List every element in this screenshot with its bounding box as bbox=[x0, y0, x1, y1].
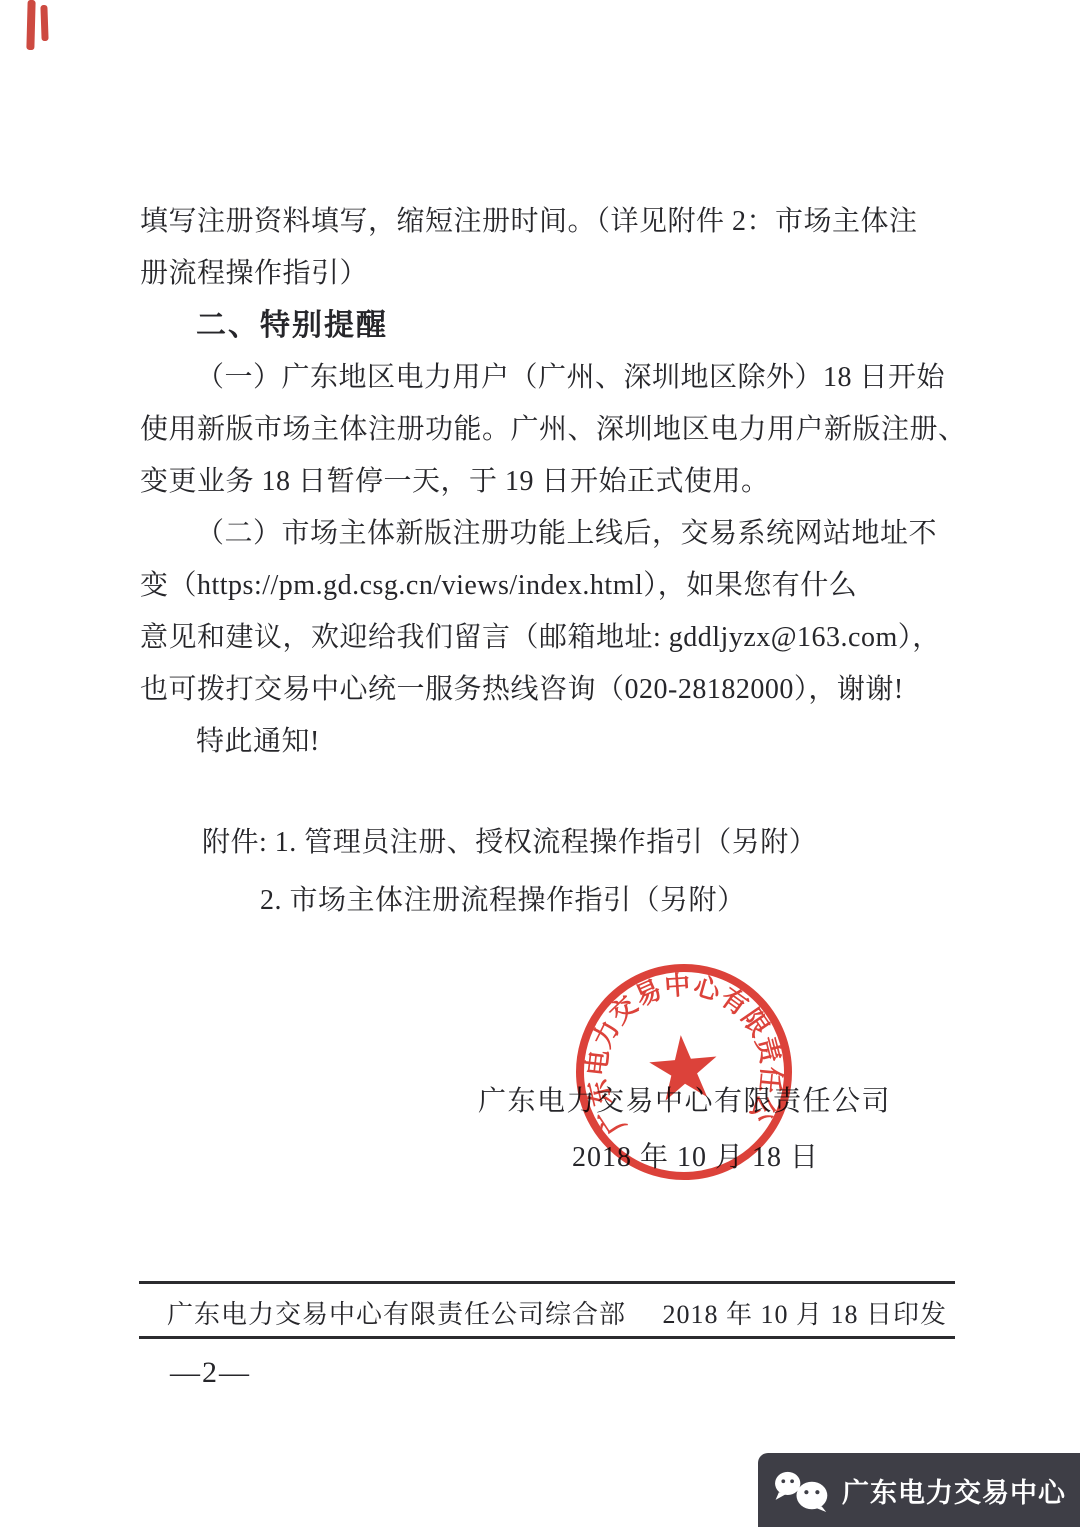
footer-issuer: 广东电力交易中心有限责任公司综合部 bbox=[139, 1294, 626, 1331]
official-seal: 广东电力交易中心有限责任公司 ★ bbox=[554, 937, 815, 1207]
body-line: （二）市场主体新版注册功能上线后，交易系统网站地址不 bbox=[140, 508, 976, 560]
document-page: 填写注册资料填写，缩短注册时间。（详见附件 2：市场主体注 册流程操作指引） 二… bbox=[0, 0, 1080, 1527]
attachment-item: 附件: 1. 管理员注册、授权流程操作指引（另附） bbox=[140, 814, 976, 872]
body-line: 册流程操作指引） bbox=[140, 248, 976, 300]
footer-colophon: 广东电力交易中心有限责任公司综合部 2018 年 10 月 18 日印发 bbox=[139, 1294, 955, 1331]
brand-bar-label: 广东电力交易中心 bbox=[842, 1471, 1066, 1510]
body-line: 使用新版市场主体注册功能。广州、深圳地区电力用户新版注册、 bbox=[140, 404, 976, 456]
body-text: 填写注册资料填写，缩短注册时间。（详见附件 2：市场主体注 册流程操作指引） 二… bbox=[140, 196, 976, 768]
body-line: 变（https://pm.gd.csg.cn/views/index.html）… bbox=[140, 560, 976, 612]
wechat-icon bbox=[771, 1468, 833, 1512]
footer-rule-bottom bbox=[139, 1336, 955, 1339]
body-line: 变更业务 18 日暂停一天，于 19 日开始正式使用。 bbox=[140, 456, 976, 508]
body-line: 填写注册资料填写，缩短注册时间。（详见附件 2：市场主体注 bbox=[140, 196, 976, 248]
footer-print-date: 2018 年 10 月 18 日印发 bbox=[662, 1294, 955, 1331]
letterhead-red-mark bbox=[40, 5, 48, 41]
page-number: —2— bbox=[170, 1356, 251, 1390]
body-line: 也可拨打交易中心统一服务热线咨询（020-28182000），谢谢! bbox=[140, 664, 976, 716]
seal-star-icon: ★ bbox=[640, 1013, 728, 1122]
attachment-item: 2. 市场主体注册流程操作指引（另附） bbox=[140, 872, 976, 930]
attachments-list: 附件: 1. 管理员注册、授权流程操作指引（另附） 2. 市场主体注册流程操作指… bbox=[140, 814, 976, 930]
wechat-brand-bar: 广东电力交易中心 bbox=[758, 1453, 1080, 1527]
notice-closing-line: 特此通知! bbox=[140, 716, 976, 768]
body-line: 意见和建议，欢迎给我们留言（邮箱地址: gddljyzx@163.com）， bbox=[140, 612, 976, 664]
letterhead-red-mark bbox=[26, 0, 35, 50]
body-line: （一）广东地区电力用户（广州、深圳地区除外）18 日开始 bbox=[140, 352, 976, 404]
footer-rule-top bbox=[139, 1281, 955, 1284]
section-heading: 二、特别提醒 bbox=[140, 300, 976, 352]
